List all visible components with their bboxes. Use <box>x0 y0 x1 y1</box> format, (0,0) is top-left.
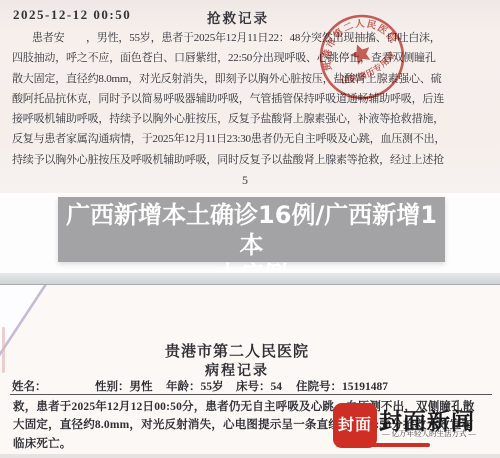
headline-line-1: 广西新增本土确诊16例/广西新增1本 <box>58 200 445 260</box>
age-field: 年龄：55岁 <box>166 378 224 394</box>
info-row-underline <box>10 394 492 395</box>
seal-inner-text: 住院病历专用章 <box>336 48 402 89</box>
document-line: 四肢抽动，呼之不应，面色苍白、口唇紫绀，22:50分出现呼吸、心跳停止，查看双侧… <box>12 48 500 68</box>
sex-value: 男性 <box>130 381 153 393</box>
bed-value: 54 <box>271 381 283 393</box>
admission-number-value: 15191487 <box>342 381 388 393</box>
news-headline-banner: 广西新增本土确诊16例/广西新增1本 土病例 <box>58 197 445 262</box>
document-line: 反复与患者家属沟通病情，于2025年12月11日23:30患者仍无自主呼吸及心跳… <box>12 129 500 149</box>
age-value: 55岁 <box>201 381 224 393</box>
patient-info-row: 姓名： 性别：男性 年龄：55岁 床号：54 住院号：15191487 <box>12 378 500 393</box>
section-divider <box>0 273 500 285</box>
name-field: 姓名： <box>12 378 47 394</box>
admission-number-label: 住院号： <box>296 381 342 393</box>
svg-text:住院病历专用章: 住院病历专用章 <box>336 48 402 89</box>
name-label: 姓名： <box>12 381 47 393</box>
sex-label: 性别： <box>95 381 130 393</box>
document-line: 持续予以胸外心脏按压及呼吸机辅助呼吸，同时反复予以盐酸肾上腺素等抢救，经过上述抢 <box>12 150 500 170</box>
hospital-name: 贵港市第二人民医院 <box>0 340 474 361</box>
rescue-record-document: 2025-12-12 00:50 抢救记录 患者安 ，男性，55岁，患者于202… <box>0 0 500 193</box>
document-line: 酸阿托品抗休克，同时予以简易呼吸器辅助呼吸，气管插管保持呼吸道通畅辅助呼吸，后连 <box>12 89 500 109</box>
cover-news-tagline: — 亿万年轻人的生活方式 — <box>374 428 484 439</box>
document-line: 散大固定，直径约8.0mm，对光反射消失，即刻予以胸外心脏按压，盐酸肾上腺素强心… <box>12 69 500 89</box>
bed-label: 床号： <box>236 381 271 393</box>
star-icon <box>347 41 374 67</box>
sex-field: 性别：男性 <box>95 378 153 394</box>
hospital-seal-stamp-icon: 贵港市第二人民医院 住院病历专用章 <box>313 8 411 106</box>
rescue-record-body: 患者安 ，男性，55岁，患者于2025年12月11日22：48分突然出现抽搐、口… <box>12 28 500 170</box>
document-line: 患者安 ，男性，55岁，患者于2025年12月11日22：48分突然出现抽搐、口… <box>12 28 500 48</box>
age-label: 年龄： <box>166 381 201 393</box>
admission-number-field: 住院号：15191487 <box>296 378 388 394</box>
photo-bottom-edge <box>0 454 500 458</box>
document-line: 接呼吸机辅助呼吸，持续予以胸外心脏按压，反复予盐酸肾上腺素强心，补液等抢救措施， <box>12 109 500 129</box>
progress-note-title: 病程记录 <box>0 360 474 380</box>
page-number: 5 <box>0 173 490 188</box>
cover-news-logo-icon: 封面 <box>333 403 377 448</box>
bed-field: 床号：54 <box>236 378 282 394</box>
